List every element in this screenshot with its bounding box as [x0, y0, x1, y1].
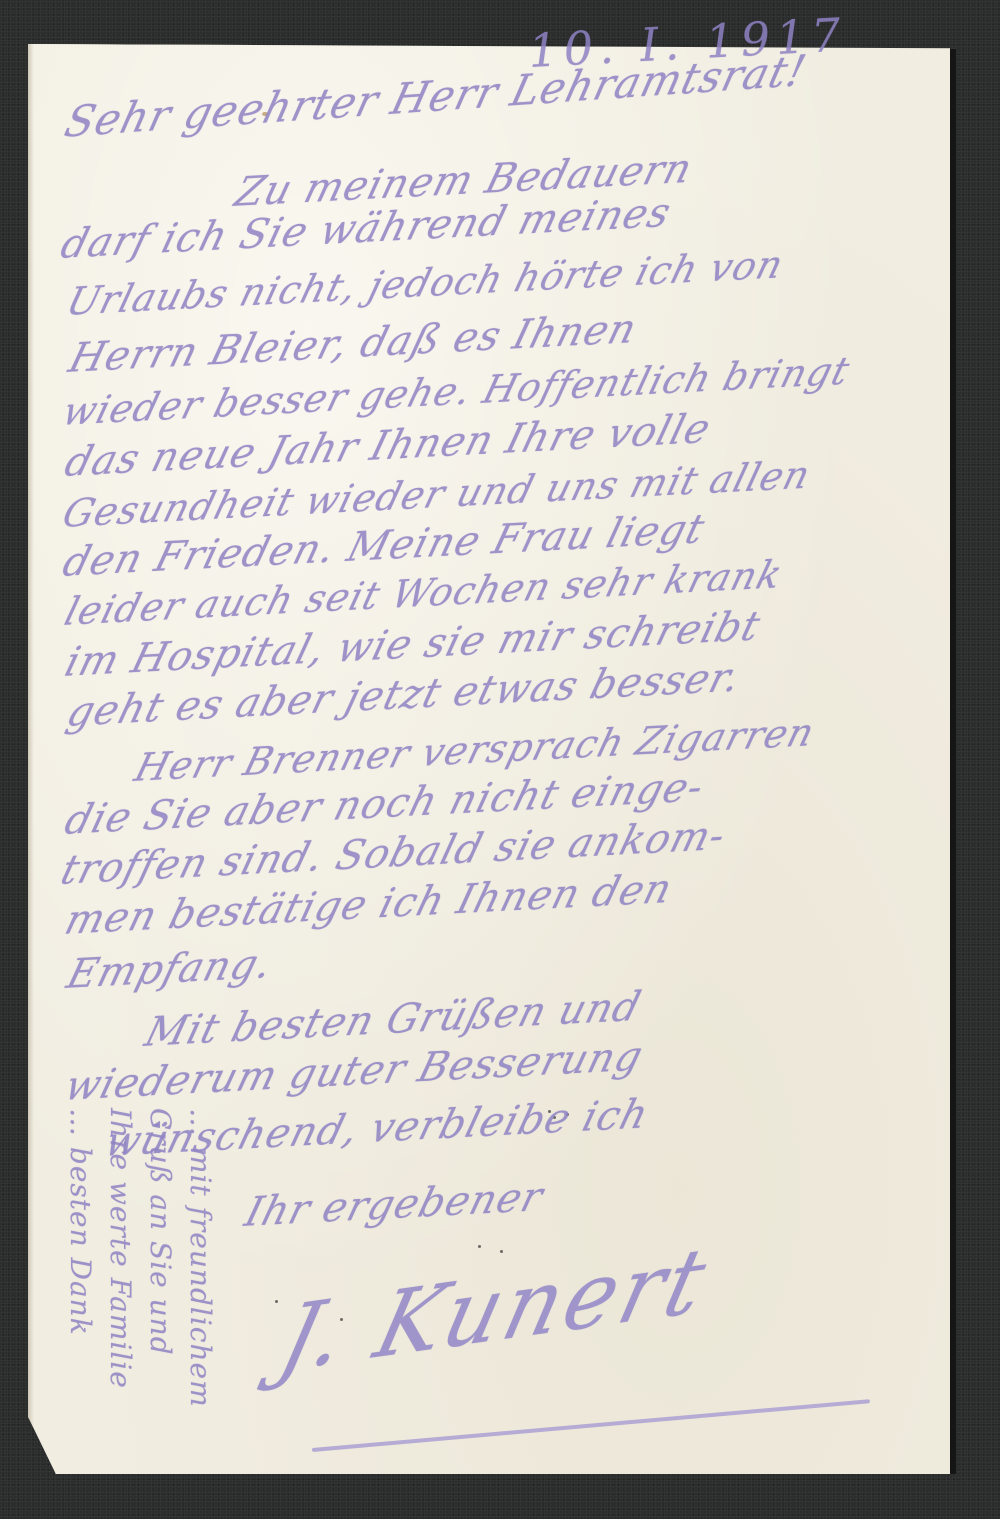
paper-speck [275, 1300, 278, 1303]
margin-note-line: Gruß an Sie und [140, 1108, 180, 1488]
paper-speck [500, 1250, 503, 1253]
paper-speck [478, 1245, 481, 1248]
margin-note-line: … mit freundlichem [180, 1108, 220, 1488]
margin-note: … mit freundlichem Gruß an Sie und Ihre … [50, 1108, 220, 1488]
margin-note-line: Ihre werte Familie [100, 1108, 140, 1488]
margin-note-line: … besten Dank [60, 1108, 100, 1488]
